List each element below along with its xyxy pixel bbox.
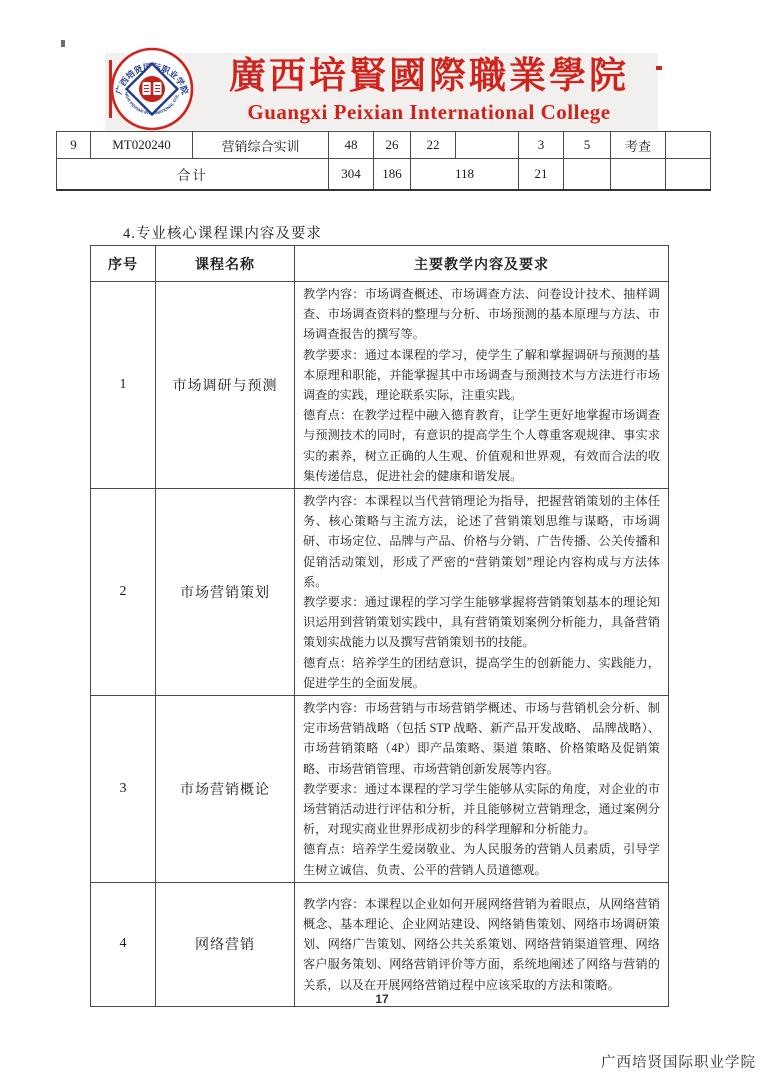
content-paragraph: 德育点：培养学生的团结意识，提高学生的创新能力、实践能力，促进学生的全面发展。 [303,653,660,693]
cell-empty [564,159,611,190]
course-content: 教学内容：市场调查概述、市场调查方法、问卷设计技术、抽样调查、市场调查资料的整理… [295,282,669,489]
content-paragraph: 德育点：培养学生爱岗敬业、为人民服务的营销人员素质，引导学生树立诚信、负责、公平… [303,839,660,879]
total-practice: 118 [411,159,519,190]
table-row: 3 市场营销概论 教学内容：市场营销与市场营销学概述、市场与营销机会分析、制定市… [91,696,669,883]
column-header-course-name: 课程名称 [156,246,295,282]
cell-seq: 9 [57,132,91,159]
content-paragraph: 教学内容：本课程以当代营销理论为指导，把握营销策划的主体任务、核心策略与主流方法… [303,491,660,592]
summary-table: 9 MT020240 营销综合实训 48 26 22 3 5 考查 合计 304… [56,131,711,191]
column-header-seq: 序号 [91,246,156,282]
course-no: 2 [91,489,156,696]
course-content-table: 序号 课程名称 主要教学内容及要求 1 市场调研与预测 教学内容：市场调查概述、… [90,245,669,1007]
content-paragraph: 教学内容：市场营销与市场营销学概述、市场与营销机会分析、制定市场营销战略（包括 … [303,698,660,779]
course-no: 3 [91,696,156,883]
course-content: 教学内容：市场营销与市场营销学概述、市场与营销机会分析、制定市场营销战略（包括 … [295,696,669,883]
course-name: 市场营销概论 [156,696,295,883]
cell-hours-practice: 22 [411,132,456,159]
content-paragraph: 德育点：在教学过程中融入德育教育，让学生更好地掌握市场调查与预测技术的同时，有意… [303,405,660,486]
content-paragraph: 教学要求：通过本课程的学习学生能够从实际的角度，对企业的市场营销活动进行评估和分… [303,779,660,840]
college-title-en: Guangxi Peixian International College [200,99,658,125]
course-no: 1 [91,282,156,489]
cell-course-code: MT020240 [91,132,193,159]
course-name: 市场调研与预测 [156,282,295,489]
scan-artifact [61,40,65,47]
content-paragraph: 教学内容：本课程以企业如何开展网络营销为着眼点，从网络营销概念、基本理论、企业网… [303,894,660,995]
course-name: 市场营销策划 [156,489,295,696]
summary-total-row: 合计 304 186 118 21 [57,159,711,190]
document-page: 广西培贤国际职业学院 GUANGXI PEIXIAN INTERNATIONAL… [0,0,764,1080]
college-seal-icon: 广西培贤国际职业学院 GUANGXI PEIXIAN INTERNATIONAL… [110,47,194,131]
total-hours: 304 [329,159,374,190]
cell-credits: 3 [519,132,564,159]
cell-empty [456,132,519,159]
course-no: 4 [91,882,156,1006]
table-row: 4 网络营销 教学内容：本课程以企业如何开展网络营销为着眼点，从网络营销概念、基… [91,882,669,1006]
course-content: 教学内容：本课程以当代营销理论为指导，把握营销策划的主体任务、核心策略与主流方法… [295,489,669,696]
course-content: 教学内容：本课程以企业如何开展网络营销为着眼点，从网络营销概念、基本理论、企业网… [295,882,669,1006]
total-label: 合计 [57,159,329,190]
content-paragraph: 教学内容：市场调查概述、市场调查方法、问卷设计技术、抽样调查、市场调查资料的整理… [303,284,660,345]
total-theory: 186 [374,159,411,190]
cell-course-name: 营销综合实训 [193,132,329,159]
column-header-content: 主要教学内容及要求 [295,246,669,282]
summary-course-row: 9 MT020240 营销综合实训 48 26 22 3 5 考查 [57,132,711,159]
page-number: 17 [368,992,396,1006]
content-paragraph: 教学要求：通过本课程的学习，使学生了解和掌握调研与预测的基本原理和职能，并能掌握… [303,345,660,406]
footer-text: 广西培贤国际职业学院 [601,1051,756,1072]
cell-exam-type: 考查 [611,132,666,159]
college-title-cn: 廣西培賢國際職業學院 [200,56,658,98]
course-name: 网络营销 [156,882,295,1006]
cell-semester: 5 [564,132,611,159]
cell-empty [666,132,711,159]
cell-hours-total: 48 [329,132,374,159]
cell-empty [611,159,666,190]
total-credits: 21 [519,159,564,190]
cell-hours-theory: 26 [374,132,411,159]
section-heading: 4.专业核心课程课内容及要求 [123,222,322,243]
table-row: 1 市场调研与预测 教学内容：市场调查概述、市场调查方法、问卷设计技术、抽样调查… [91,282,669,489]
table-header-row: 序号 课程名称 主要教学内容及要求 [91,246,669,282]
content-paragraph: 教学要求：通过课程的学习学生能够掌握将营销策划基本的理论知识运用到营销策划实践中… [303,592,660,653]
table-row: 2 市场营销策划 教学内容：本课程以当代营销理论为指导，把握营销策划的主体任务、… [91,489,669,696]
cell-empty [666,159,711,190]
